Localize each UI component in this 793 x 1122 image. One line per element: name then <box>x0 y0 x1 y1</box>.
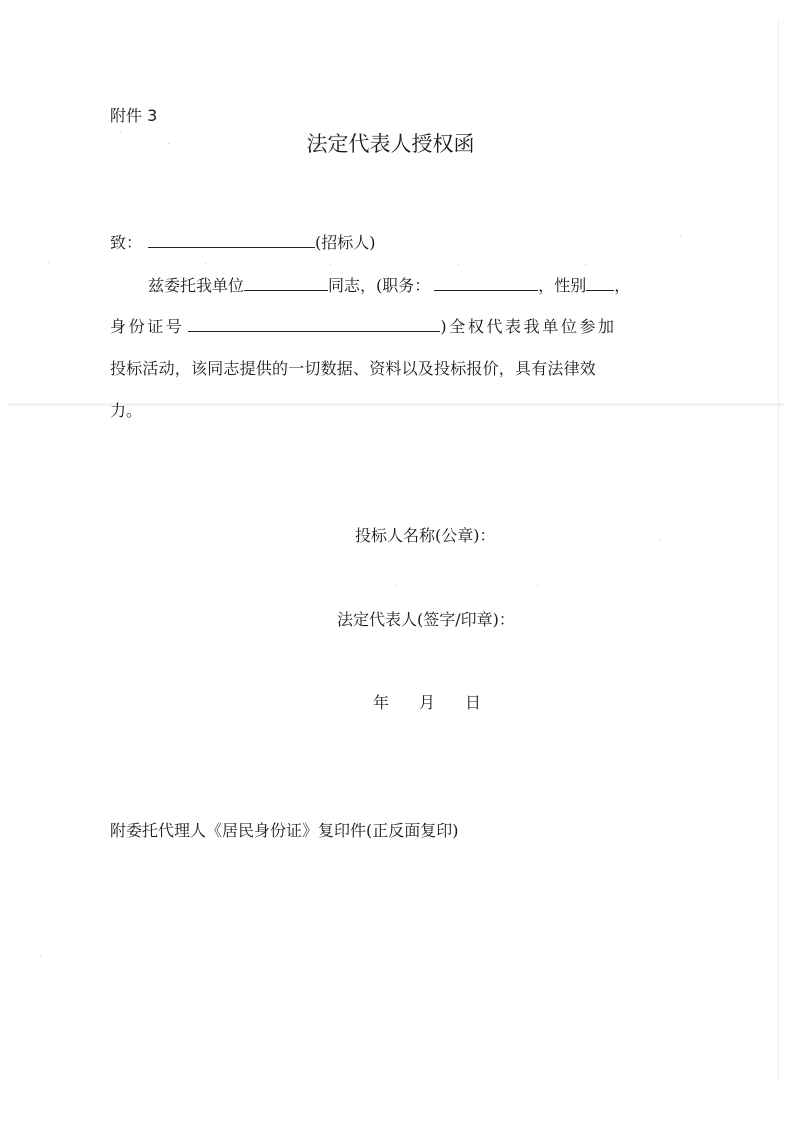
authority-line: 投标活动，该同志提供的一切数据、资料以及投标报价，具有法律效 <box>110 356 596 379</box>
scan-speck <box>585 264 586 265</box>
scan-speck <box>40 955 41 956</box>
scan-speck <box>537 585 538 586</box>
scan-speck <box>660 540 661 541</box>
attachment-label: 附件 3 <box>110 103 157 126</box>
addressee-prefix: 致： <box>110 233 142 252</box>
scan-speck <box>458 264 459 265</box>
delegation-text-3: ，性别 <box>538 276 586 295</box>
scan-speck <box>205 263 206 264</box>
authority-line-end: 力。 <box>110 398 142 421</box>
delegation-line: 兹委托我单位同志，(职务：，性别， <box>148 273 630 296</box>
position-blank[interactable] <box>434 276 538 291</box>
legal-rep-signature-label: 法定代表人(签字/印章)： <box>337 607 515 630</box>
delegation-text-1: 兹委托我单位 <box>148 276 244 295</box>
gender-blank[interactable] <box>586 276 614 291</box>
bidder-name-seal-label: 投标人名称(公章)： <box>355 523 496 546</box>
id-number-text: )全权代表我单位参加 <box>440 317 616 336</box>
scan-speck <box>395 585 396 586</box>
date-year: 年 <box>373 690 389 713</box>
delegation-text-2: 同志，(职务： <box>328 276 430 295</box>
id-number-line: 身份证号)全权代表我单位参加 <box>110 314 663 337</box>
id-number-label: 身份证号 <box>110 317 184 336</box>
delegate-name-blank[interactable] <box>244 276 328 291</box>
date-day: 日 <box>465 690 481 713</box>
date-month: 月 <box>419 690 435 713</box>
scan-artifact-edge <box>778 20 779 1080</box>
date-line: 年月日 <box>373 690 481 713</box>
addressee-line: 致：(招标人) <box>110 230 376 253</box>
footer-note: 附委托代理人《居民身份证》复印件(正反面复印) <box>110 818 459 841</box>
scan-speck <box>48 262 49 263</box>
document-title-text: 法定代表人授权函 <box>307 128 475 158</box>
addressee-suffix: (招标人) <box>315 233 376 252</box>
delegation-text-4: ， <box>614 276 630 295</box>
scan-speck <box>680 236 681 237</box>
tenderer-name-blank[interactable] <box>148 233 315 248</box>
id-number-blank[interactable] <box>188 317 440 332</box>
scan-speck <box>330 264 331 265</box>
document-title: 法定代表人授权函 <box>0 128 793 158</box>
